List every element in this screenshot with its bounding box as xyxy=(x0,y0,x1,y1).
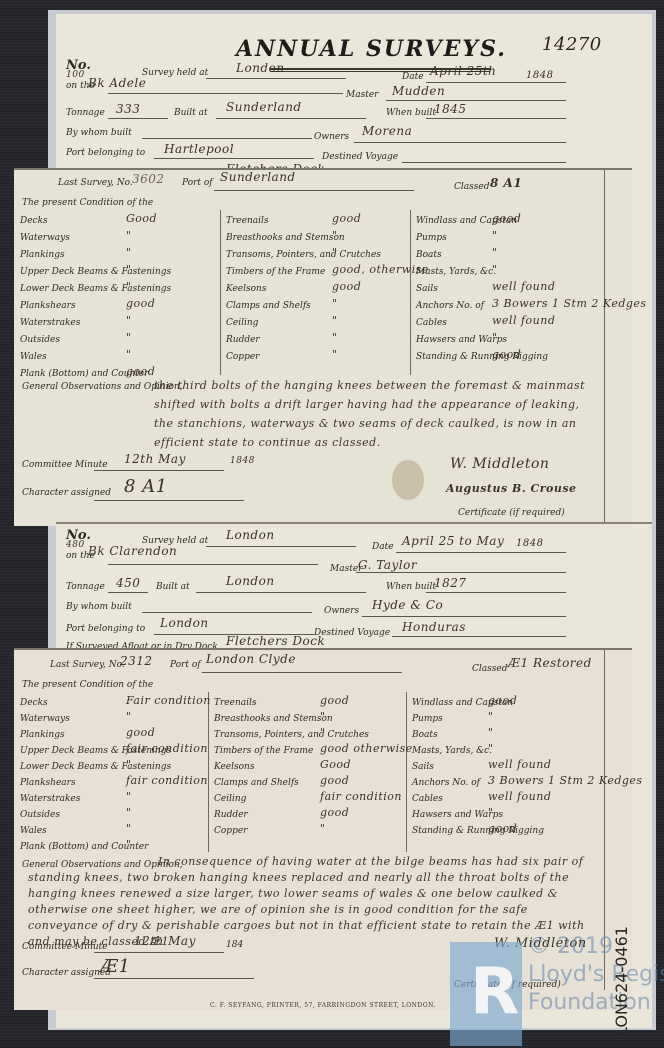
destined-voyage: Honduras xyxy=(402,620,466,634)
last-survey-no: 2312 xyxy=(120,654,153,668)
character-assigned: 8 A1 xyxy=(124,476,168,497)
condition-label: Waterstrakes xyxy=(20,794,80,804)
condition-value: " xyxy=(332,297,338,310)
condition-label: Plankshears xyxy=(20,301,76,311)
committee-minute: 12th May xyxy=(134,934,196,948)
tonnage: 333 xyxy=(116,102,140,116)
condition-value: Good xyxy=(320,758,351,771)
condition-value: " xyxy=(488,710,494,723)
condition-label: Anchors No. of xyxy=(412,778,480,788)
condition-label: Plankings xyxy=(20,730,65,740)
condition-value: good otherwise xyxy=(320,742,413,755)
condition-value: " xyxy=(126,838,132,851)
condition-value: " xyxy=(126,263,132,276)
dock-name: Fletchers Dock xyxy=(226,634,325,648)
condition-value: well found xyxy=(488,758,551,771)
master-name: G. Taylor xyxy=(358,558,417,572)
condition-value: well found xyxy=(492,314,555,327)
built-at: London xyxy=(226,574,275,588)
condition-value: good xyxy=(320,774,349,787)
condition-label: Standing & Running Rigging xyxy=(412,826,544,836)
condition-label: Wales xyxy=(20,352,47,362)
condition-value: " xyxy=(320,822,326,835)
condition-label: Breasthooks and Stemson xyxy=(226,233,345,243)
condition-value: " xyxy=(320,726,326,739)
condition-label: Copper xyxy=(214,826,247,836)
condition-label: Ceiling xyxy=(214,794,246,804)
condition-label: Wales xyxy=(20,826,47,836)
watermark-org: Lloyd's Register xyxy=(528,962,664,987)
condition-label: Masts, Yards, &c. xyxy=(412,746,492,756)
condition-label: Lower Deck Beams & Fastenings xyxy=(20,284,171,294)
condition-value: " xyxy=(332,246,338,259)
last-survey-port: Sunderland xyxy=(220,170,296,184)
condition-value: " xyxy=(332,229,338,242)
survey-1-details: Last Survey, No. 3602 Port of Sunderland… xyxy=(14,168,632,526)
condition-label: Standing & Running Rigging xyxy=(416,352,548,362)
condition-value: 3 Bowers 1 Stm 2 Kedges xyxy=(492,297,647,310)
condition-value: " xyxy=(488,726,494,739)
condition-label: Sails xyxy=(412,762,434,772)
condition-value: fair condition xyxy=(320,790,402,803)
survey-date: April 25 to May xyxy=(402,534,504,548)
condition-value: fair condition xyxy=(126,742,208,755)
condition-value: fair condition xyxy=(126,774,208,787)
survey-location: London xyxy=(236,61,285,75)
condition-value: " xyxy=(492,263,498,276)
condition-label: Outsides xyxy=(20,335,60,345)
condition-value: " xyxy=(126,790,132,803)
condition-label: Rudder xyxy=(214,810,248,820)
condition-value: " xyxy=(492,331,498,344)
condition-value: " xyxy=(126,758,132,771)
when-built: 1845 xyxy=(434,102,467,116)
condition-label: Decks xyxy=(20,216,48,226)
condition-label: Outsides xyxy=(20,810,60,820)
condition-value: " xyxy=(332,331,338,344)
condition-label: Waterways xyxy=(20,714,70,724)
condition-label: Treenails xyxy=(214,698,257,708)
condition-value: good xyxy=(126,365,155,378)
condition-value: good xyxy=(332,212,361,225)
condition-label: Lower Deck Beams & Fastenings xyxy=(20,762,171,772)
condition-value: " xyxy=(126,331,132,344)
condition-label: Plankshears xyxy=(20,778,76,788)
condition-value: " xyxy=(126,280,132,293)
survey-number: 100 xyxy=(66,70,85,80)
survey-year: 1848 xyxy=(526,70,553,81)
condition-value: well found xyxy=(492,280,555,293)
condition-label: Plankings xyxy=(20,250,65,260)
owners: Morena xyxy=(362,124,412,138)
watermark-org-2: Foundation xyxy=(528,990,651,1015)
condition-label: Breasthooks and Stemson xyxy=(214,714,333,724)
survey-location: London xyxy=(226,528,275,542)
tonnage: 450 xyxy=(116,576,140,590)
condition-label: Clamps and Shelfs xyxy=(214,778,299,788)
condition-value: " xyxy=(126,314,132,327)
condition-value: " xyxy=(488,742,494,755)
condition-label: Clamps and Shelfs xyxy=(226,301,311,311)
vessel-name: Bk Clarendon xyxy=(88,544,177,558)
condition-value: " xyxy=(492,229,498,242)
port-belonging: London xyxy=(160,616,209,630)
condition-label: Ceiling xyxy=(226,318,258,328)
condition-label: Transoms, Pointers, and Crutches xyxy=(214,730,369,740)
survey-2-header: No. 480 on the Bk Clarendon Survey held … xyxy=(56,522,652,654)
condition-value: good xyxy=(126,726,155,739)
condition-value: good xyxy=(126,297,155,310)
lr-logo-letter: R xyxy=(470,952,519,1032)
condition-label: Cables xyxy=(412,794,443,804)
condition-label: Sails xyxy=(416,284,438,294)
vessel-name: Bk Adele xyxy=(88,76,146,90)
condition-value: " xyxy=(320,710,326,723)
printer-imprint: C. F. SEYFANG, PRINTER, 57, FARRINGDON S… xyxy=(210,1002,436,1009)
condition-label: Boats xyxy=(416,250,442,260)
condition-value: " xyxy=(126,710,132,723)
observations: the third bolts of the hanging knees bet… xyxy=(154,376,594,452)
condition-label: Keelsons xyxy=(226,284,266,294)
condition-value: " xyxy=(332,348,338,361)
condition-label: Copper xyxy=(226,352,259,362)
reference-number: 14270 xyxy=(542,34,602,55)
condition-label: Pumps xyxy=(416,233,447,243)
master-name: Mudden xyxy=(392,84,445,98)
when-built: 1827 xyxy=(434,576,467,590)
survey-number: 480 xyxy=(66,540,85,550)
condition-value: " xyxy=(126,822,132,835)
condition-value: good xyxy=(488,822,517,835)
document-title: ANNUAL SURVEYS. xyxy=(236,36,507,62)
surveyor-signature-2: Augustus B. Crouse xyxy=(446,482,577,495)
condition-label: Transoms, Pointers, and Crutches xyxy=(226,250,381,260)
condition-label: Rudder xyxy=(226,335,260,345)
condition-value: well found xyxy=(488,790,551,803)
condition-value: " xyxy=(332,314,338,327)
condition-label: Decks xyxy=(20,698,48,708)
condition-value: " xyxy=(126,348,132,361)
last-survey-no: 3602 xyxy=(132,172,165,186)
built-at: Sunderland xyxy=(226,100,302,114)
condition-label: Waterstrakes xyxy=(20,318,80,328)
last-survey-port: London Clyde xyxy=(206,652,296,666)
condition-value: good xyxy=(492,348,521,361)
character-assigned: Æ1 xyxy=(100,956,130,977)
condition-value: good xyxy=(492,212,521,225)
condition-label: Masts, Yards, &c. xyxy=(416,267,496,277)
condition-value: " xyxy=(488,806,494,819)
committee-minute: 12th May xyxy=(124,452,186,466)
condition-label: Timbers of the Frame xyxy=(214,746,313,756)
condition-value: " xyxy=(492,246,498,259)
condition-label: Waterways xyxy=(20,233,70,243)
condition-value: " xyxy=(126,246,132,259)
condition-label: Anchors No. of xyxy=(416,301,484,311)
owners: Hyde & Co xyxy=(372,598,443,612)
survey-year: 1848 xyxy=(516,538,543,549)
condition-value: good xyxy=(332,280,361,293)
condition-value: " xyxy=(126,806,132,819)
condition-label: Boats xyxy=(412,730,438,740)
condition-value: 3 Bowers 1 Stm 2 Kedges xyxy=(488,774,643,787)
condition-value: Fair condition xyxy=(126,694,211,707)
surveyor-signature: W. Middleton xyxy=(450,456,549,472)
condition-value: Good xyxy=(126,212,157,225)
condition-label: Treenails xyxy=(226,216,269,226)
watermark-copyright: © 2019 xyxy=(528,934,613,959)
classed: Æ1 Restored xyxy=(508,656,592,670)
survey-date: April 25th xyxy=(430,64,496,78)
condition-value: " xyxy=(126,229,132,242)
archive-id: LON624-0461 xyxy=(612,926,631,1036)
condition-value: good xyxy=(488,694,517,707)
condition-value: good, otherwise xyxy=(332,263,429,276)
stain xyxy=(392,460,424,500)
condition-label: Cables xyxy=(416,318,447,328)
port-belonging: Hartlepool xyxy=(164,142,234,156)
classed: 8 A1 xyxy=(490,176,522,190)
condition-label: Keelsons xyxy=(214,762,254,772)
condition-label: Timbers of the Frame xyxy=(226,267,325,277)
condition-value: good xyxy=(320,694,349,707)
condition-label: Pumps xyxy=(412,714,443,724)
condition-value: good xyxy=(320,806,349,819)
condition-label: Upper Deck Beams & Fastenings xyxy=(20,267,171,277)
